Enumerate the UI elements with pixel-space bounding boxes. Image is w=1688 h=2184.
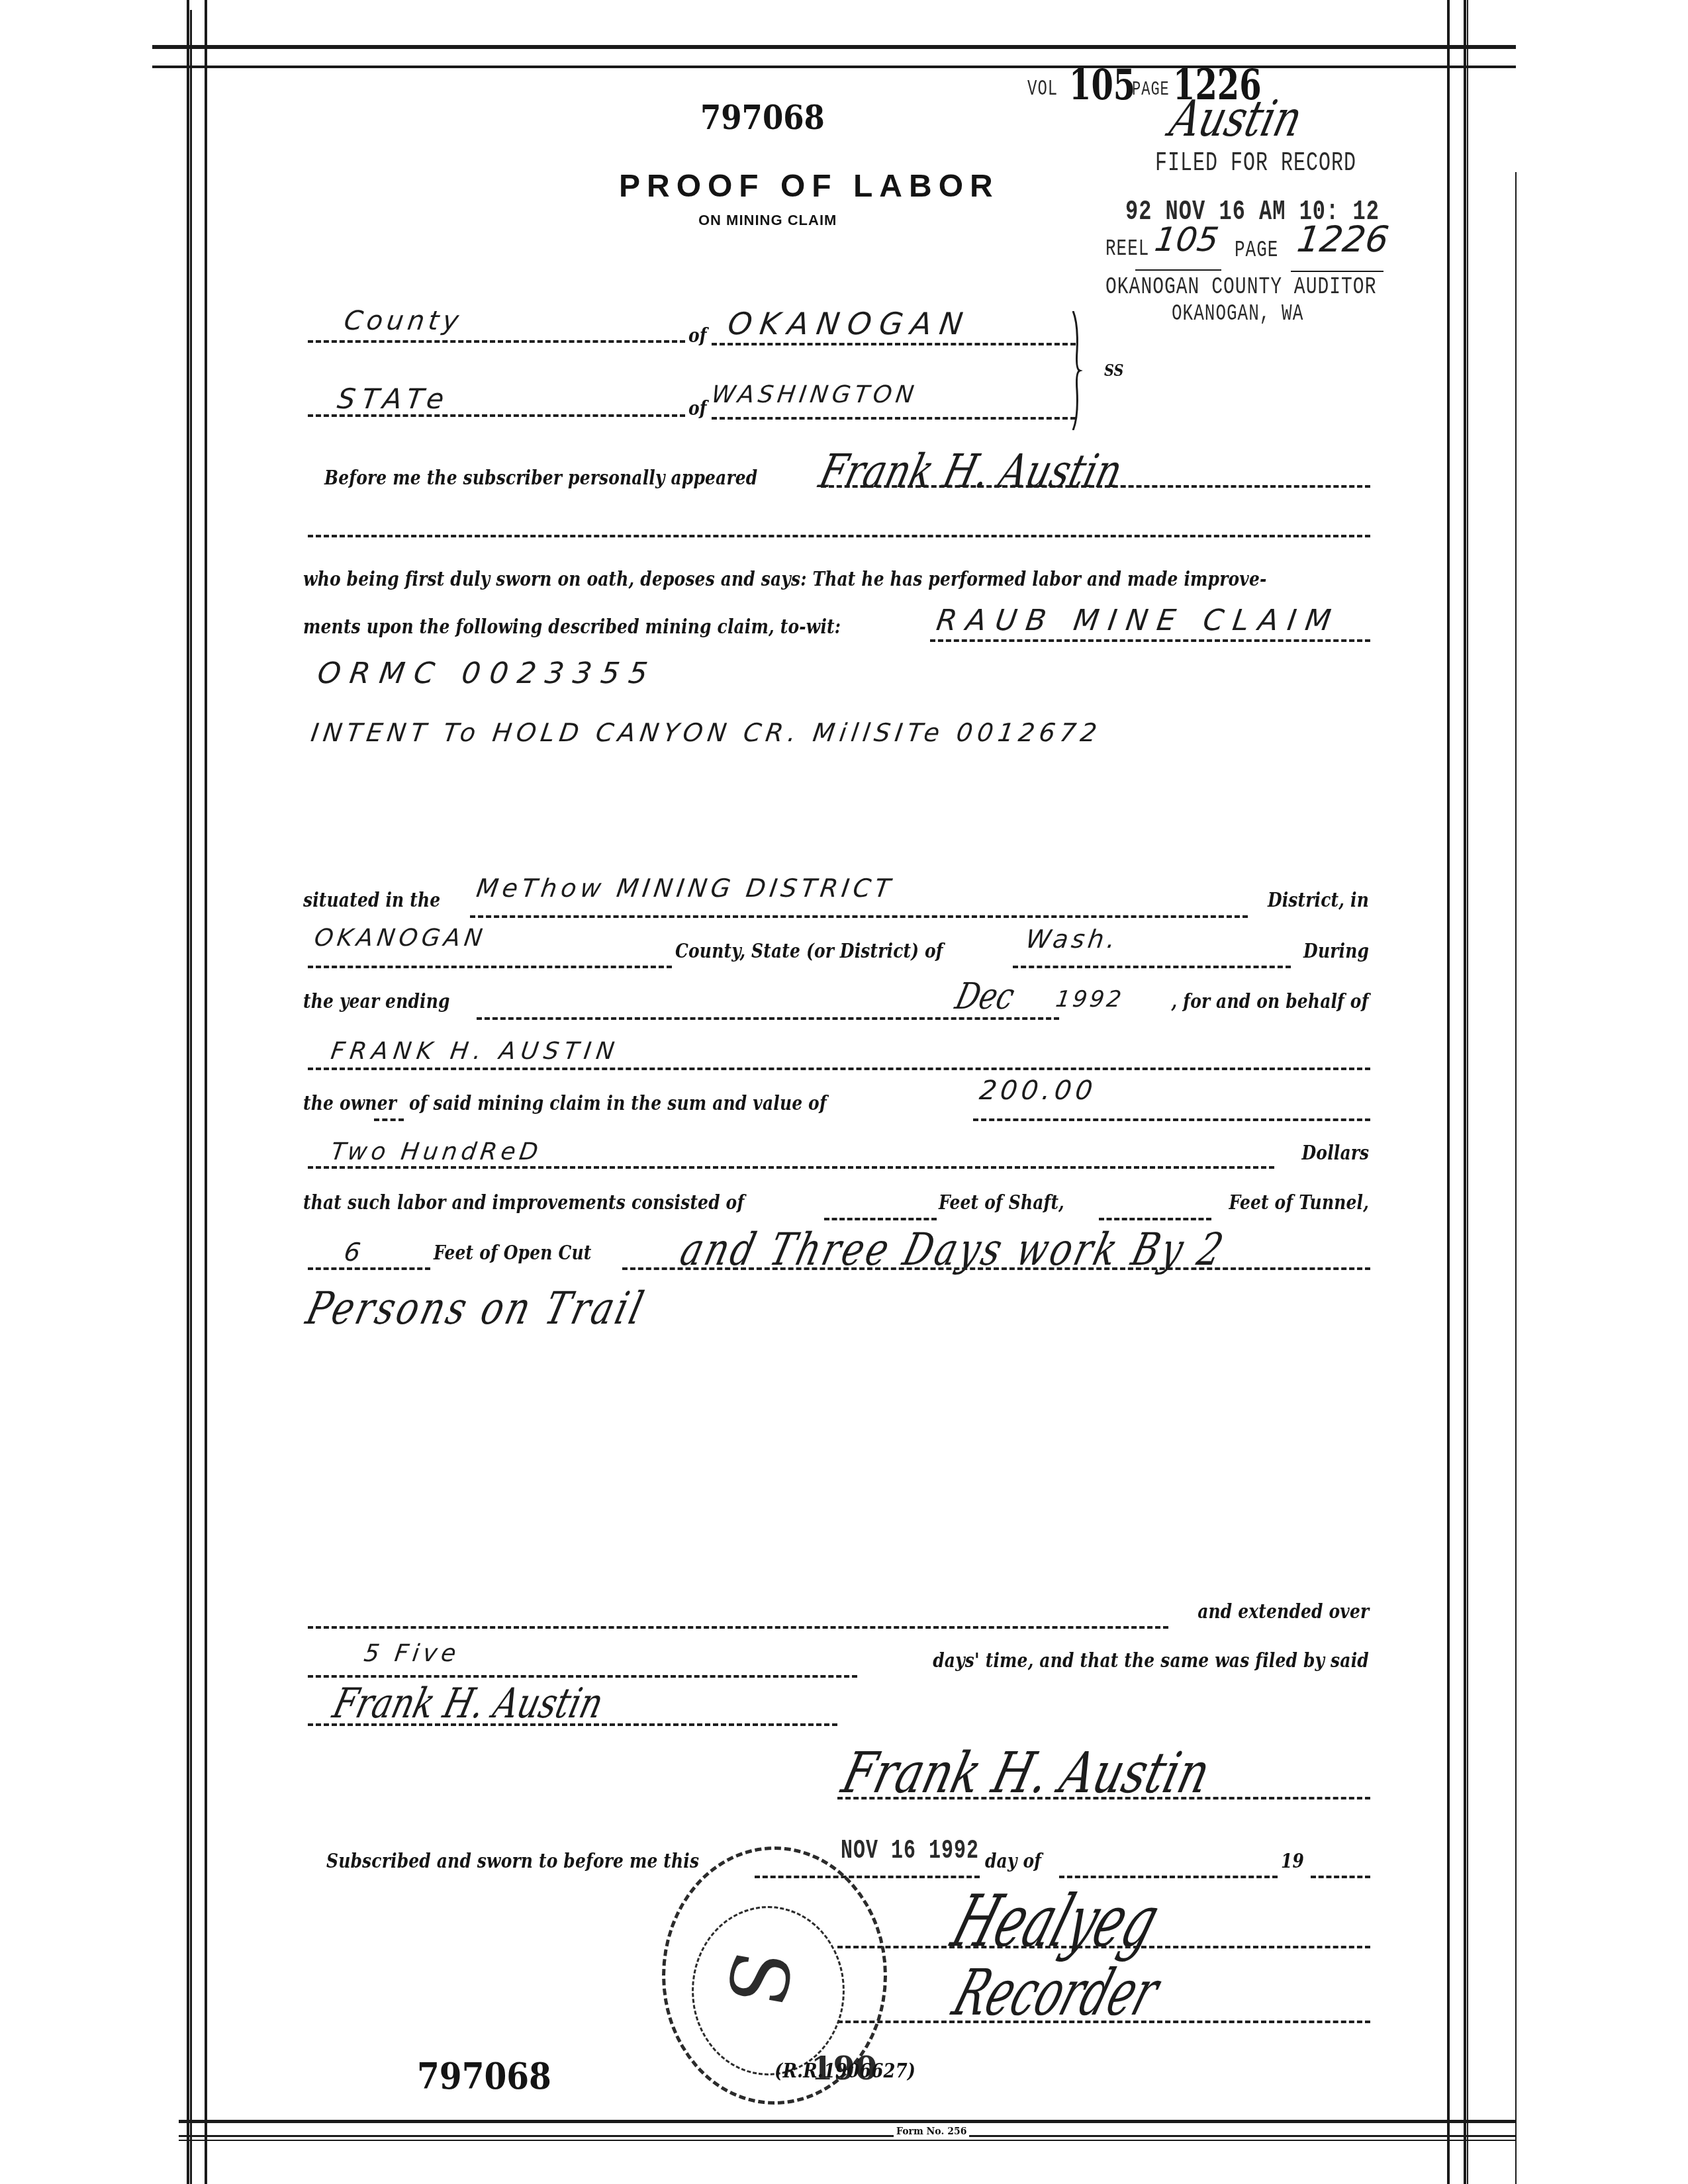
recording-stamp: VOL 105 PAGE 1226 Austin FILED FOR RECOR…: [1019, 63, 1443, 321]
open-cut-blank: [308, 1267, 430, 1270]
claim-line-3: INTENT To HOLD CANYON CR. MillSITe 00126…: [309, 718, 1103, 747]
owner-label: the owner: [303, 1092, 397, 1115]
year-value: 1992: [1054, 986, 1125, 1013]
left-border-outer: [187, 0, 189, 2184]
county-value: OKANOGAN: [312, 925, 488, 952]
right-margin-line: [1447, 0, 1450, 2184]
reel-underline: [1135, 269, 1221, 271]
appeared-line: [821, 485, 1370, 488]
venue-county-label: County: [342, 306, 465, 336]
subscribed-label: Subscribed and sworn to before me this: [326, 1850, 699, 1872]
year-line: [477, 1017, 1059, 1020]
venue-line-2b: [712, 417, 1076, 420]
filed-for-record: FILED FOR RECORD: [1155, 149, 1356, 179]
date-stamp: NOV 16 1992: [841, 1837, 979, 1867]
right-border-outer: [1464, 0, 1466, 2184]
document-subtitle: ON MINING CLAIM: [698, 212, 837, 229]
vol-label: VOL: [1027, 77, 1058, 101]
official-title: Recorder: [945, 1957, 1168, 2030]
claim-line-2: ORMC 0023355: [315, 657, 659, 690]
venue-state-value: WASHINGTON: [710, 381, 919, 408]
filed-by-line: [308, 1723, 837, 1726]
county-label: County, State (or District) of: [675, 940, 943, 962]
open-cut-value: 6: [342, 1238, 362, 1267]
footer-document-number: 797068: [417, 2055, 551, 2097]
work-description: and Three Days work By 2: [675, 1223, 1231, 1275]
venue-of-2: of: [688, 397, 707, 420]
claim-line: [930, 639, 1370, 642]
venue-brace: [1069, 311, 1096, 430]
auditor-name: OKANOGAN COUNTY AUDITOR: [1105, 273, 1376, 301]
district-value: MeThow MINING DISTRICT: [475, 874, 896, 903]
document-title: PROOF OF LABOR: [619, 168, 1000, 205]
venue-line-2a: [308, 414, 685, 417]
reel-page-value: 1226: [1295, 218, 1391, 260]
sum-words: Two HundReD: [329, 1138, 543, 1165]
open-cut-label: Feet of Open Cut: [434, 1242, 591, 1264]
days-label: days' time, and that the same was filed …: [933, 1649, 1369, 1672]
tunnel-line: [1099, 1218, 1211, 1220]
sum-value: 200.00: [978, 1075, 1098, 1106]
work-description-line2: Persons on Trail: [301, 1282, 651, 1334]
extended-line: [308, 1626, 1168, 1629]
right-edge-line: [1515, 172, 1517, 2184]
reel-value: 105: [1152, 220, 1221, 259]
dollars-label: Dollars: [1301, 1142, 1369, 1164]
filed-by-value: Frank H. Austin: [328, 1680, 608, 1728]
venue-line-1a: [308, 340, 685, 343]
sum-words-line: [308, 1166, 1274, 1169]
requestor-handwritten: Austin: [1164, 90, 1308, 148]
shaft-label: Feet of Shaft,: [939, 1191, 1064, 1214]
day-of-label: day of: [985, 1850, 1041, 1872]
venue-county-value: OKANOGAN: [726, 306, 973, 341]
top-rule-1: [152, 45, 1516, 49]
extended-label: and extended over: [1197, 1600, 1369, 1623]
reel-page-label: PAGE: [1235, 236, 1278, 263]
state-line: [1013, 966, 1291, 968]
reel-label: REEL: [1105, 235, 1149, 262]
situated-label: situated in the: [303, 889, 440, 911]
year-label: the year ending: [303, 990, 450, 1013]
venue-of-1: of: [688, 324, 707, 347]
bottom-rule-1: [179, 2120, 1516, 2123]
owner-value: FRANK H. AUSTIN: [329, 1038, 621, 1065]
sum-line: [973, 1118, 1370, 1121]
month-line: [1059, 1876, 1278, 1878]
district-suffix: District, in: [1268, 889, 1369, 911]
state-value: Wash.: [1024, 925, 1121, 954]
official-signature: Healyeg: [943, 1879, 1170, 1962]
form-number: Form No. 256: [894, 2126, 969, 2137]
jurat-year-line: [1311, 1876, 1370, 1878]
year-prefix: 19: [1281, 1850, 1304, 1872]
left-margin-line: [205, 0, 207, 2184]
owner-blank: [374, 1118, 404, 1121]
left-border-inner: [190, 10, 192, 2184]
bottom-rule-2: [179, 2135, 1516, 2137]
appeared-label: Before me the subscriber personally appe…: [324, 467, 757, 489]
behalf-label: , for and on behalf of: [1172, 990, 1369, 1013]
venue-ss: SS: [1104, 361, 1124, 380]
form-reference-overprint: 190: [811, 2050, 877, 2087]
sworn-text: who being first duly sworn on oath, depo…: [303, 568, 1267, 590]
appeared-value: Frank H. Austin: [814, 445, 1127, 498]
days-value: 5 Five: [362, 1640, 461, 1667]
year-month-value: Dec: [951, 976, 1019, 1018]
document-number: 797068: [700, 98, 825, 137]
consisted-label: that such labor and improvements consist…: [303, 1191, 744, 1214]
claim-value: RAUB MINE CLAIM: [934, 604, 1342, 637]
claim-label: ments upon the following described minin…: [303, 615, 841, 638]
page-label: PAGE: [1132, 79, 1170, 101]
bottom-rule-3: [179, 2140, 1516, 2141]
tunnel-label: Feet of Tunnel,: [1229, 1191, 1369, 1214]
affiant-line: [837, 1797, 1370, 1799]
venue-line-1b: [712, 343, 1076, 345]
during-label: During: [1303, 940, 1369, 962]
owner-line: [308, 1068, 1370, 1070]
right-border-inner: [1467, 0, 1468, 2184]
sum-label: of said mining claim in the sum and valu…: [409, 1092, 827, 1115]
district-line: [470, 915, 1248, 918]
auditor-location: OKANOGAN, WA: [1172, 300, 1303, 327]
shaft-line: [824, 1218, 937, 1220]
county-line: [308, 966, 672, 968]
days-line: [308, 1675, 857, 1678]
vol-value: 105: [1069, 60, 1135, 110]
page-underline: [1291, 271, 1383, 272]
venue-state-label: STATe: [336, 383, 453, 415]
appeared-line-2: [308, 535, 1370, 537]
